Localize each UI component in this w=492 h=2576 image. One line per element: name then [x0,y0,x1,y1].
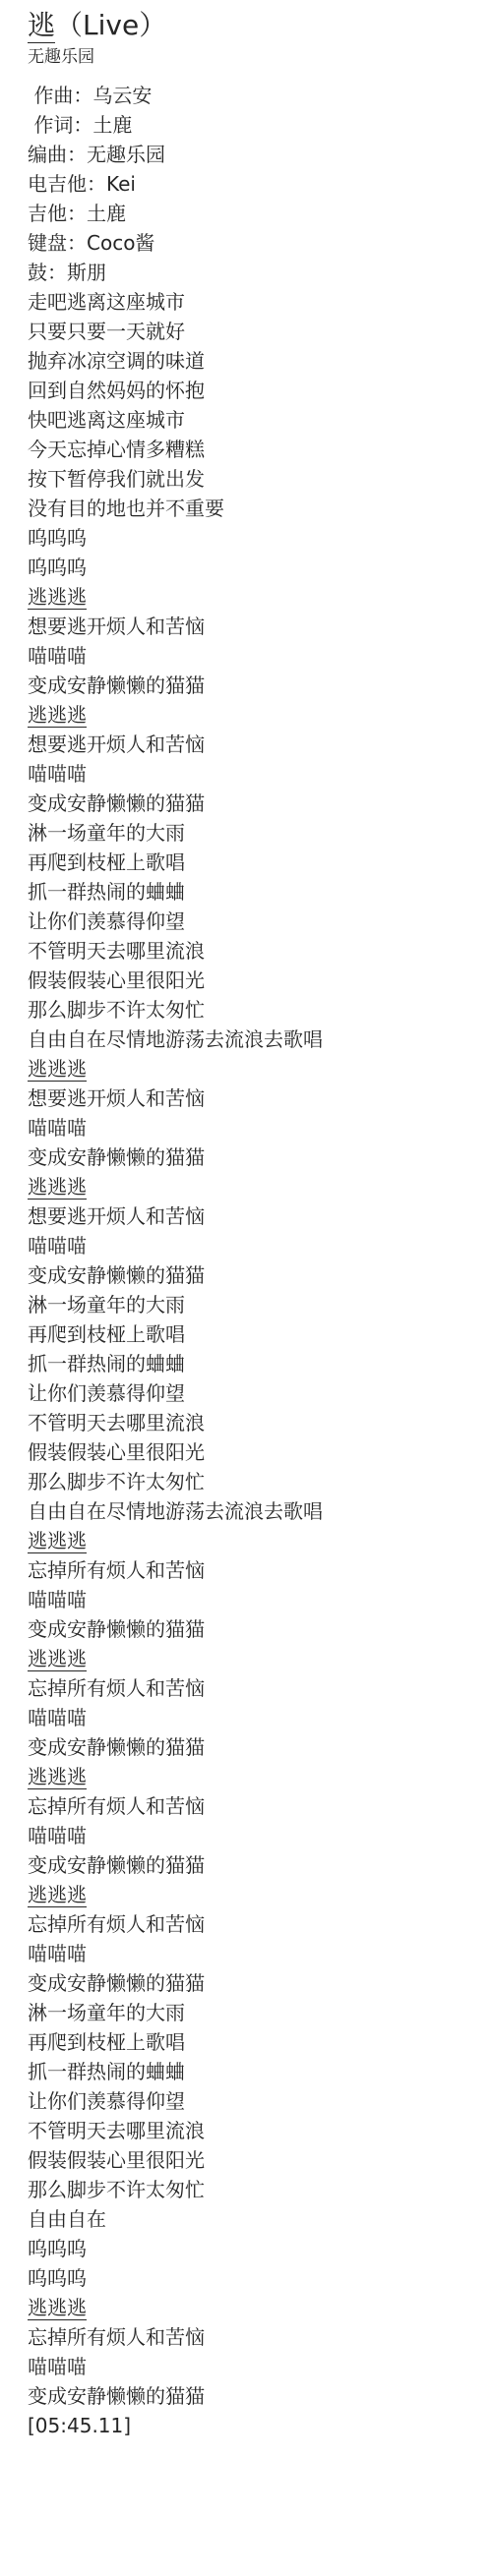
lyric-line: 喵喵喵 [28,759,472,789]
lyric-line: 喵喵喵 [28,1939,472,1968]
lyric-line: 逃逃逃 [28,1647,87,1671]
lyric-line: 不管明天去哪里流浪 [28,2116,472,2145]
credit-line: 编曲：无趣乐园 [28,140,472,169]
timestamp-line: [05:45.11] [28,2411,472,2440]
lyric-line: 逃逃逃 [28,1175,87,1200]
lyric-line: 忘掉所有烦人和苦恼 [28,1909,472,1939]
lyric-line: 假装假装心里很阳光 [28,2145,472,2175]
lyric-line: 忘掉所有烦人和苦恼 [28,1673,472,1703]
lyric-line: 变成安静懒懒的猫猫 [28,1732,472,1762]
credit-line: 鼓：斯朋 [28,258,472,287]
lyric-line: 逃逃逃 [28,1526,472,1555]
lyric-line: 想要逃开烦人和苦恼 [28,612,472,641]
lyric-line: 走吧逃离这座城市 [28,287,472,317]
lyric-line: 逃逃逃 [28,2296,87,2320]
lyric-line: 忘掉所有烦人和苦恼 [28,1791,472,1821]
lyric-line: 忘掉所有烦人和苦恼 [28,2322,472,2352]
song-title-main: 逃 [28,9,55,43]
lyric-line: 淋一场童年的大雨 [28,1998,472,2027]
lyric-line: 逃逃逃 [28,1765,87,1789]
lyric-line: 快吧逃离这座城市 [28,405,472,435]
lyric-line: 变成安静懒懒的猫猫 [28,789,472,818]
lyric-line: 变成安静懒懒的猫猫 [28,671,472,700]
lyric-line: 逃逃逃 [28,582,472,612]
lyric-line: 变成安静懒懒的猫猫 [28,2381,472,2411]
lyric-line: 变成安静懒懒的猫猫 [28,1850,472,1880]
lyric-line: 喵喵喵 [28,1231,472,1260]
lyric-line: 呜呜呜 [28,2234,472,2263]
lyric-line: 按下暂停我们就出发 [28,464,472,494]
lyric-line: 淋一场童年的大雨 [28,818,472,848]
lyric-line: 不管明天去哪里流浪 [28,936,472,966]
lyric-line: 自由自在尽情地游荡去流浪去歌唱 [28,1496,472,1526]
lyric-line: 再爬到枝桠上歌唱 [28,2027,472,2057]
lyric-line: 逃逃逃 [28,1054,472,1083]
lyric-line: 逃逃逃 [28,585,87,610]
lyric-line: 呜呜呜 [28,523,472,553]
credit-line: 吉他：土鹿 [28,199,472,228]
lyric-line: 逃逃逃 [28,700,472,730]
lyric-line: 让你们羡慕得仰望 [28,1378,472,1408]
credit-line: 电吉他：Kei [28,169,472,199]
credit-line: 作曲：乌云安 [28,81,472,110]
lyric-line: 再爬到枝桠上歌唱 [28,1319,472,1349]
lyric-line: 抓一群热闹的蛐蛐 [28,877,472,907]
song-title: 逃（Live） [28,8,472,43]
lyric-line: 不管明天去哪里流浪 [28,1408,472,1437]
lyric-line: 抛弃冰凉空调的味道 [28,346,472,376]
lyrics-list: 走吧逃离这座城市只要只要一天就好抛弃冰凉空调的味道回到自然妈妈的怀抱快吧逃离这座… [28,287,472,2440]
lyric-line: 自由自在 [28,2204,472,2234]
lyric-line: 逃逃逃 [28,1057,87,1082]
lyric-line: 自由自在尽情地游荡去流浪去歌唱 [28,1025,472,1054]
lyric-line: 今天忘掉心情多糟糕 [28,435,472,464]
lyric-line: 逃逃逃 [28,1880,472,1909]
lyric-line: 变成安静懒懒的猫猫 [28,1142,472,1172]
lyric-line: 喵喵喵 [28,1585,472,1614]
lyric-line: 假装假装心里很阳光 [28,1437,472,1467]
lyric-line: 回到自然妈妈的怀抱 [28,376,472,405]
lyric-line: 逃逃逃 [28,703,87,728]
lyric-line: 呜呜呜 [28,2263,472,2293]
lyric-line: 变成安静懒懒的猫猫 [28,1260,472,1290]
credit-line: 作词：土鹿 [28,110,472,140]
lyric-line: 逃逃逃 [28,1883,87,1907]
lyric-line: 喵喵喵 [28,1703,472,1732]
lyric-line: 逃逃逃 [28,1529,87,1553]
lyric-line: 喵喵喵 [28,2352,472,2381]
lyric-line: 逃逃逃 [28,1644,472,1673]
lyric-line: 逃逃逃 [28,2293,472,2322]
credits-list: 作曲：乌云安 作词：土鹿编曲：无趣乐园电吉他：Kei吉他：土鹿键盘：Coco酱鼓… [28,81,472,287]
lyric-line: 再爬到枝桠上歌唱 [28,848,472,877]
lyric-line: 喵喵喵 [28,1821,472,1850]
lyric-line: 让你们羡慕得仰望 [28,2086,472,2116]
lyric-line: 抓一群热闹的蛐蛐 [28,1349,472,1378]
artist-name: 无趣乐园 [28,45,472,69]
lyric-line: 逃逃逃 [28,1762,472,1791]
lyric-line: 呜呜呜 [28,553,472,582]
lyric-line: 逃逃逃 [28,1172,472,1201]
lyrics-page: 逃（Live） 无趣乐园 作曲：乌云安 作词：土鹿编曲：无趣乐园电吉他：Kei吉… [0,0,492,2440]
lyric-line: 想要逃开烦人和苦恼 [28,1201,472,1231]
song-title-suffix: （Live） [55,9,166,41]
lyric-line: 想要逃开烦人和苦恼 [28,730,472,759]
lyric-line: 没有目的地也并不重要 [28,494,472,523]
lyric-line: 淋一场童年的大雨 [28,1290,472,1319]
lyric-line: 想要逃开烦人和苦恼 [28,1083,472,1113]
lyric-line: 变成安静懒懒的猫猫 [28,1968,472,1998]
lyric-line: 那么脚步不许太匆忙 [28,2175,472,2204]
credit-line: 键盘：Coco酱 [28,228,472,258]
lyric-line: 那么脚步不许太匆忙 [28,1467,472,1496]
lyric-line: 变成安静懒懒的猫猫 [28,1614,472,1644]
lyric-line: 喵喵喵 [28,1113,472,1142]
lyric-line: 抓一群热闹的蛐蛐 [28,2057,472,2086]
lyric-line: 忘掉所有烦人和苦恼 [28,1555,472,1585]
lyric-line: 让你们羡慕得仰望 [28,907,472,936]
lyric-line: 那么脚步不许太匆忙 [28,995,472,1025]
lyric-line: 只要只要一天就好 [28,317,472,346]
lyric-line: 喵喵喵 [28,641,472,671]
lyric-line: 假装假装心里很阳光 [28,966,472,995]
